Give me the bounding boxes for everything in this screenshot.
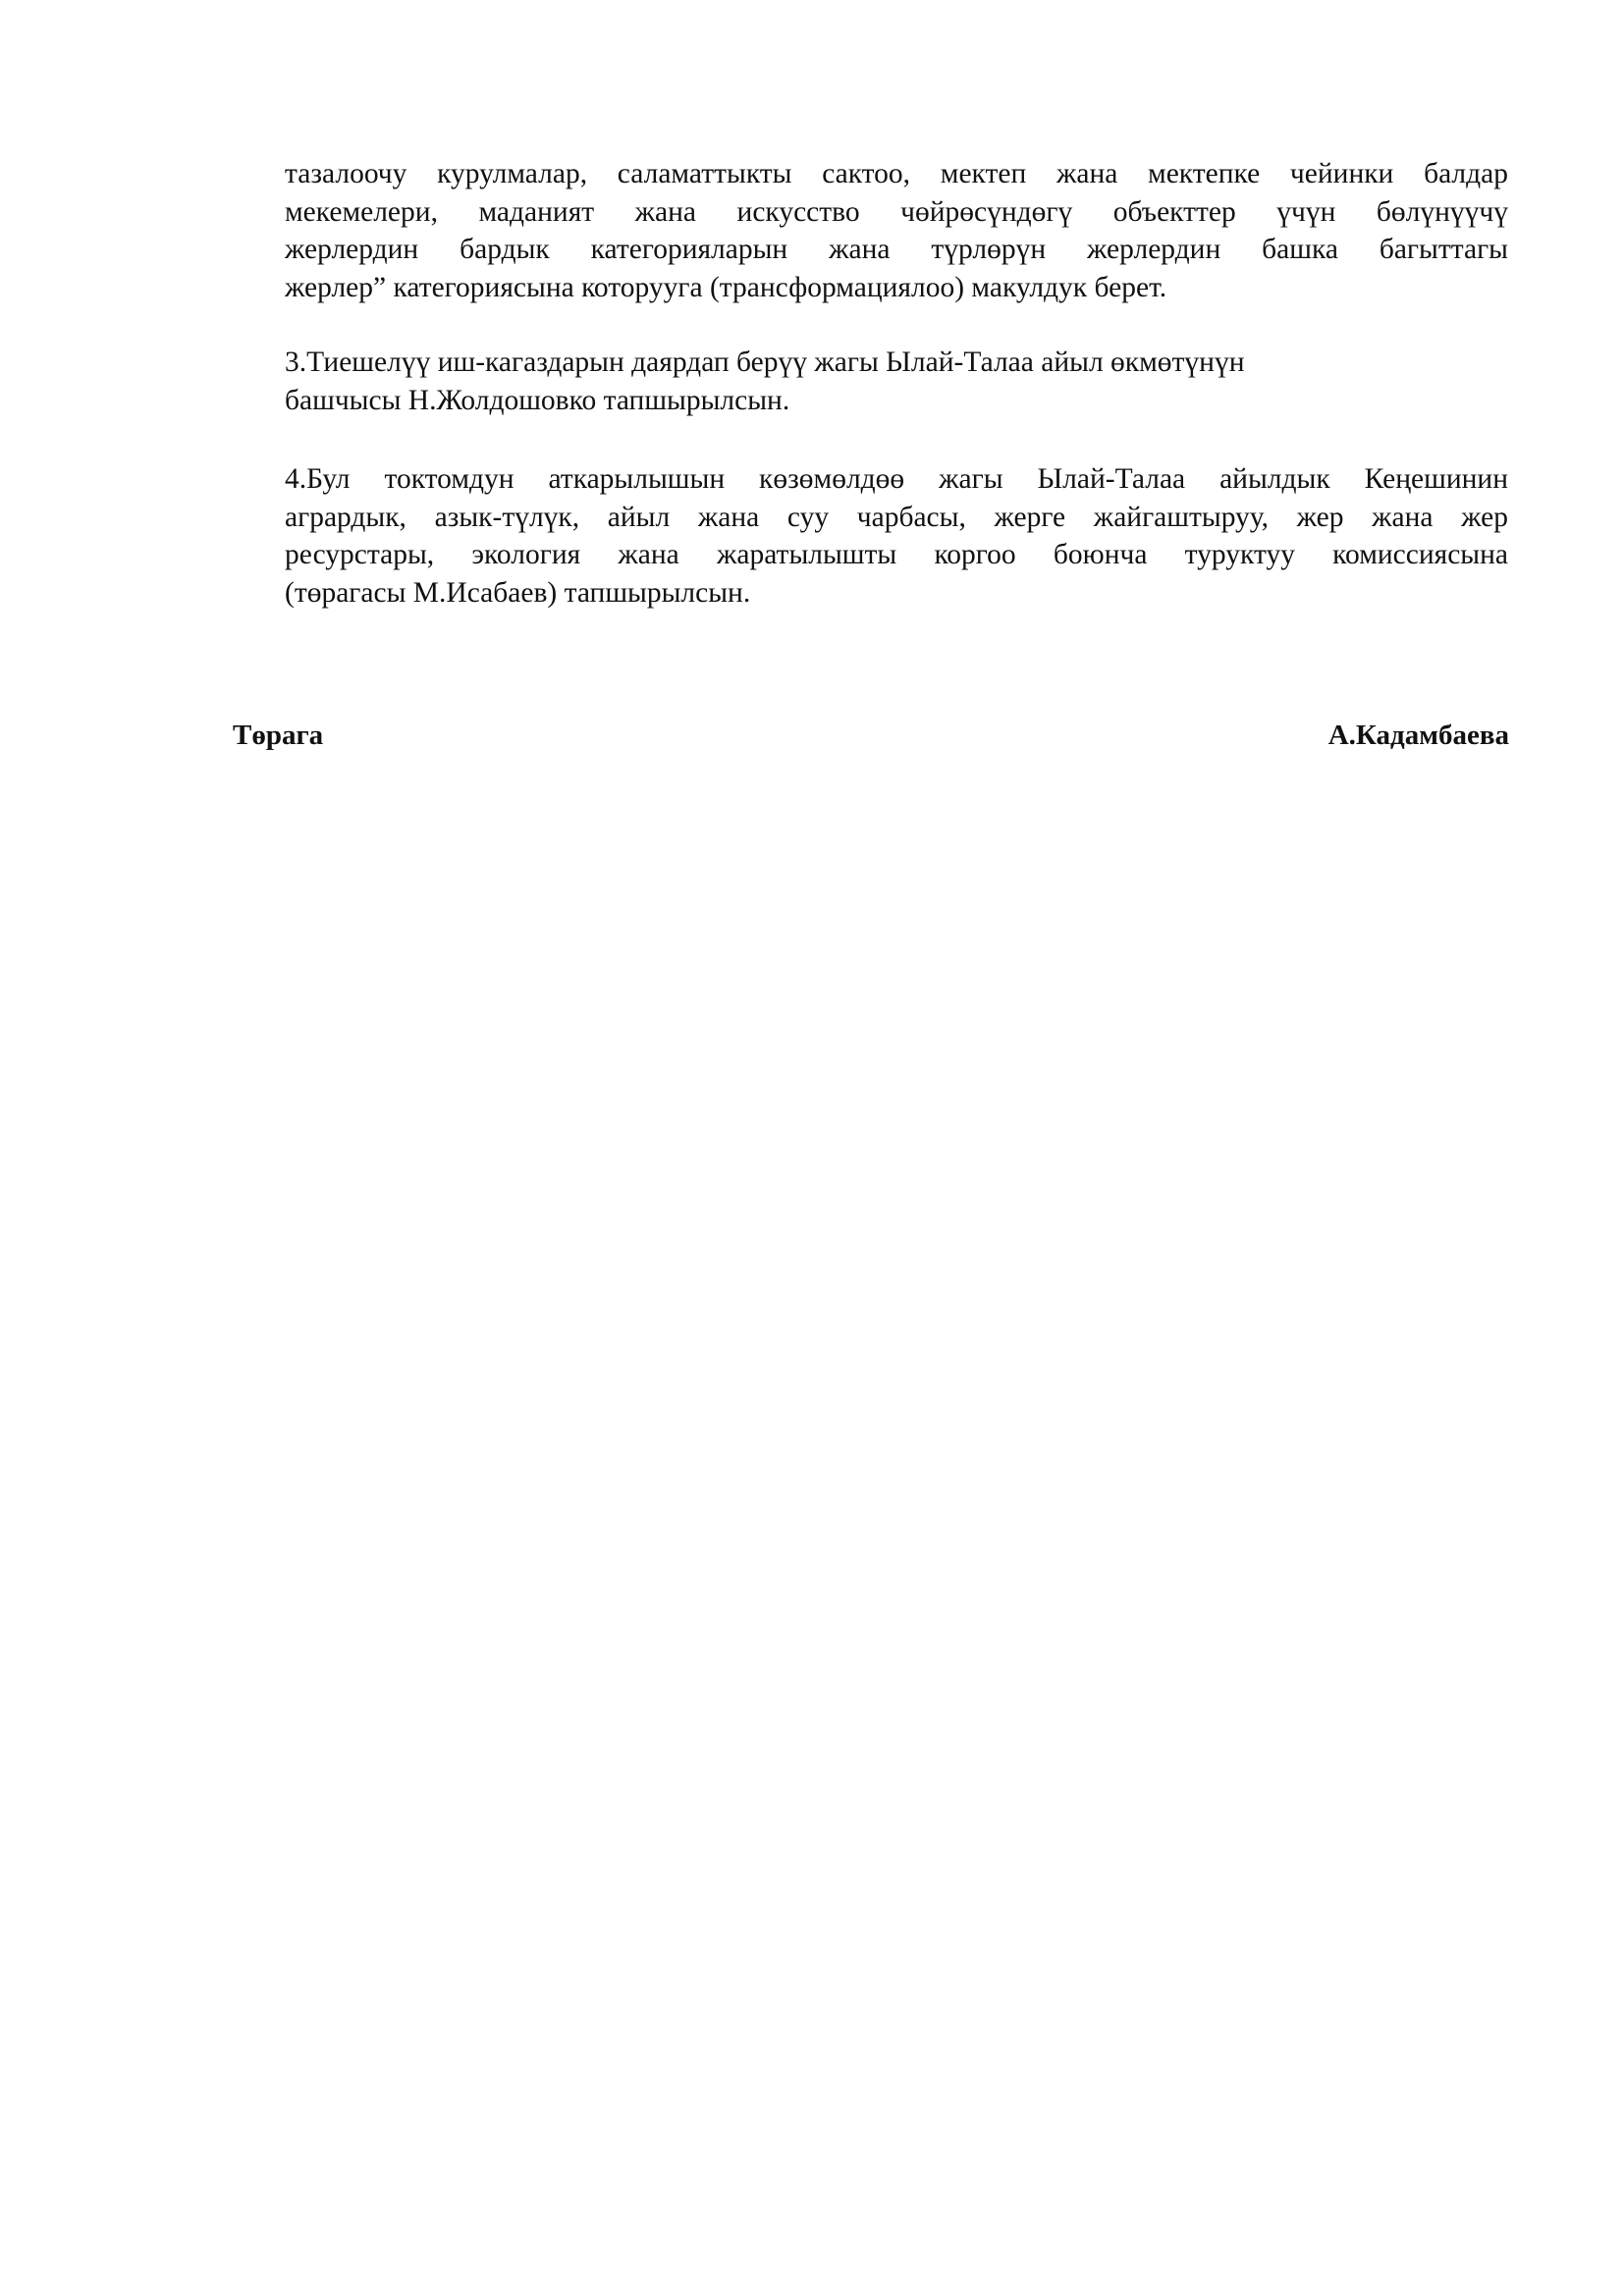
paragraph-line: (төрагасы М.Исабаев) тапшырылсын. <box>285 574 1508 613</box>
document-page: тазалоочу курулмалар, саламаттыкты сакто… <box>0 0 1624 2296</box>
paragraph-line: жерлер” категориясына которууга (трансфо… <box>285 269 1508 307</box>
paragraph-line: агрардык, азык-түлүк, айыл жана суу чарб… <box>285 499 1508 537</box>
paragraph-3: 3.Тиешелүү иш-кагаздарын даярдап берүү ж… <box>285 344 1508 419</box>
paragraph-line: башчысы Н.Жолдошовко тапшырылсын. <box>285 382 1508 420</box>
paragraph-line: 3.Тиешелүү иш-кагаздарын даярдап берүү ж… <box>285 344 1508 382</box>
continuation-paragraph: тазалоочу курулмалар, саламаттыкты сакто… <box>285 155 1508 306</box>
signature-block: Төрага А.Кадамбаева <box>233 720 1509 759</box>
signatory-title: Төрага <box>233 720 323 752</box>
paragraph-line: жерлердин бардык категорияларын жана түр… <box>285 231 1508 269</box>
paragraph-line: тазалоочу курулмалар, саламаттыкты сакто… <box>285 155 1508 193</box>
paragraph-line: 4.Бул токтомдун аткарылышын көзөмөлдөө ж… <box>285 460 1508 499</box>
paragraph-line: ресурстары, экология жана жаратылышты ко… <box>285 536 1508 574</box>
signatory-name: А.Кадамбаева <box>1328 720 1509 752</box>
paragraph-4: 4.Бул токтомдун аткарылышын көзөмөлдөө ж… <box>285 460 1508 612</box>
paragraph-line: мекемелери, маданият жана искусство чөйр… <box>285 193 1508 232</box>
